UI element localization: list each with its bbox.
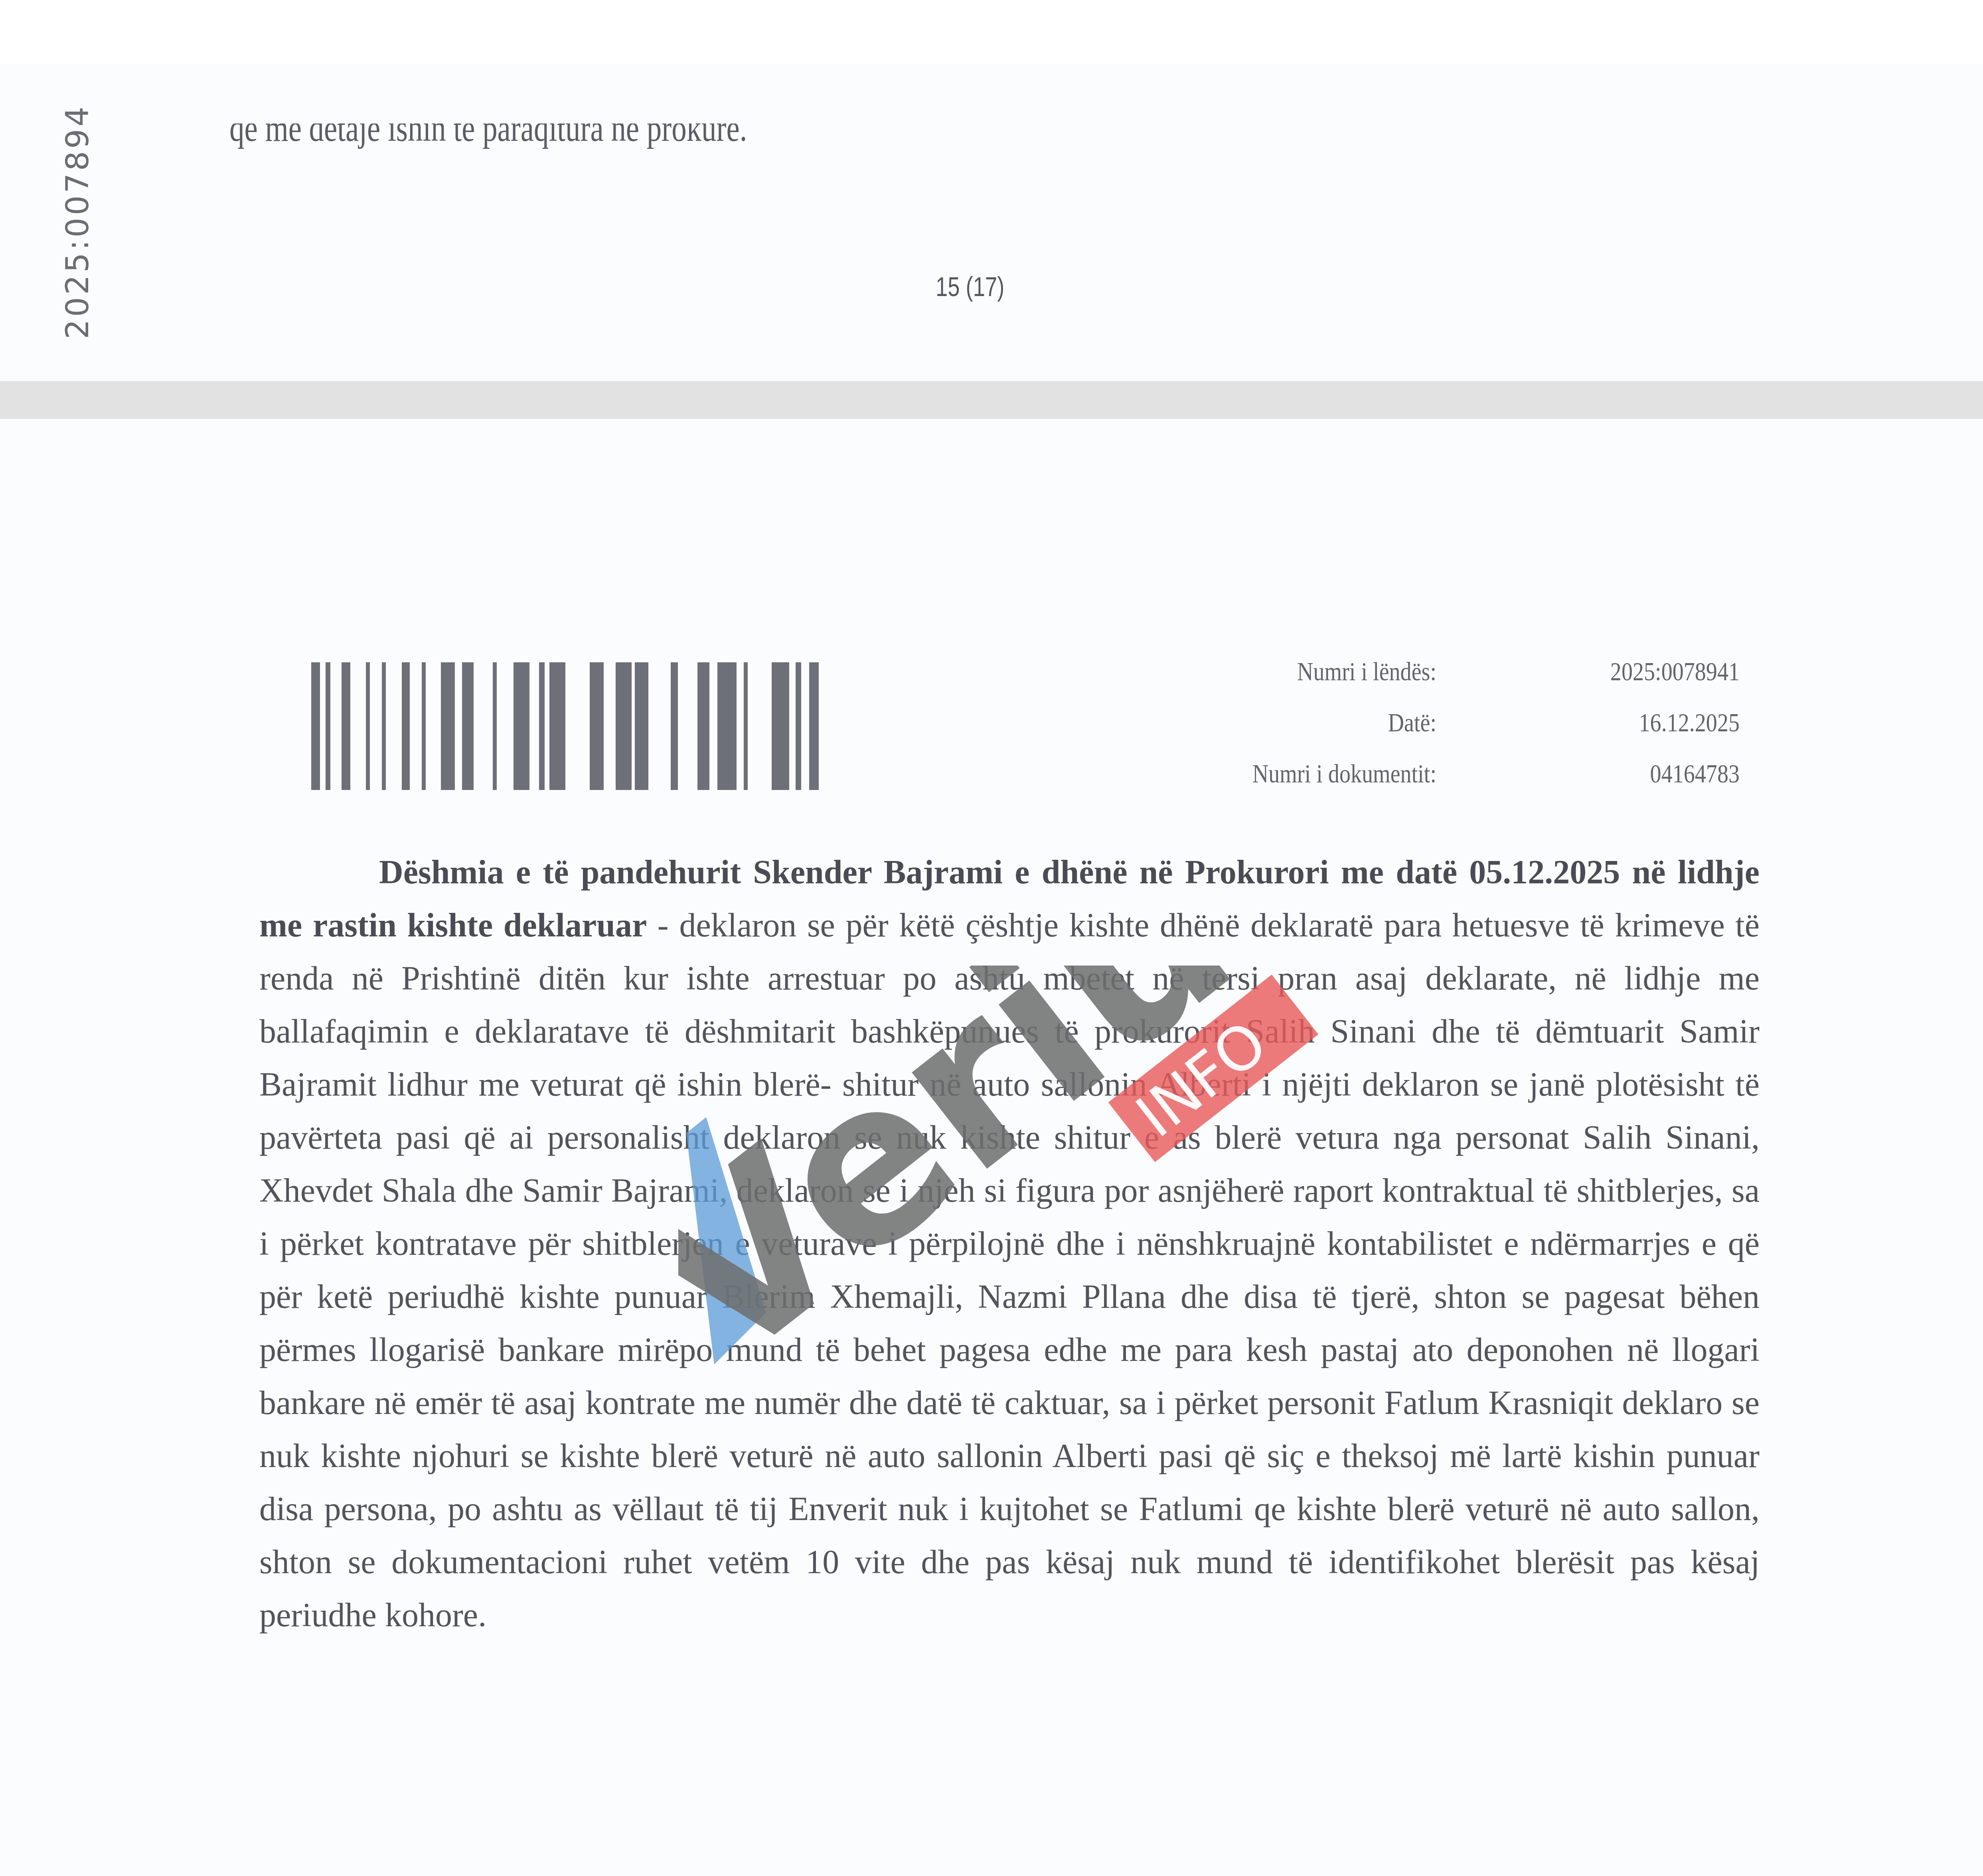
barcode-bar: [342, 662, 350, 790]
barcode-gap: [320, 662, 326, 790]
barcode-bar: [493, 662, 497, 790]
barcode-gap: [709, 662, 717, 790]
meta-value: 04164783: [1563, 759, 1740, 789]
document-meta: Numri i lëndës: 2025:0078941 Datë: 16.12…: [1157, 646, 1740, 800]
page-number: 15 (17): [936, 271, 1004, 302]
testimony-paragraph: Dëshmia e të pandehurit Skender Bajrami …: [259, 846, 1760, 1642]
barcode-bar: [671, 662, 678, 790]
barcode-bar: [744, 662, 748, 790]
barcode-bar: [462, 662, 474, 790]
barcode-gap: [497, 662, 514, 790]
barcode-gap: [386, 662, 402, 790]
barcode-gap: [370, 662, 382, 790]
barcode-gap: [789, 662, 796, 790]
meta-case-number: Numri i lëndës: 2025:0078941: [1157, 646, 1740, 697]
barcode-gap: [545, 662, 549, 790]
barcode-gap: [801, 662, 809, 790]
barcode-gap: [632, 662, 635, 790]
barcode-gap: [350, 662, 366, 790]
barcode-gap: [529, 662, 539, 790]
barcode-gap: [737, 662, 744, 790]
viewer-top-margin: [0, 0, 1983, 64]
barcode-bar: [382, 662, 386, 790]
barcode-gap: [330, 662, 342, 790]
barcode-bar: [717, 662, 737, 790]
meta-label: Numri i dokumentit:: [1199, 759, 1436, 789]
meta-date: Datë: 16.12.2025: [1157, 697, 1740, 748]
barcode-bar: [697, 662, 709, 790]
barcode-bar: [796, 662, 801, 790]
barcode-gap: [678, 662, 698, 790]
barcode-bar: [590, 662, 604, 790]
barcode-gap: [410, 662, 422, 790]
barcode-gap: [748, 662, 772, 790]
barcode-bar: [549, 662, 565, 790]
previous-page-last-line: që me detaje ishin të paraqitura në prok…: [229, 106, 747, 150]
barcode-gap: [426, 662, 441, 790]
barcode-icon: [311, 662, 830, 790]
barcode-bar: [366, 662, 370, 790]
barcode-bar: [809, 662, 819, 790]
previous-page: që me detaje ishin të paraqitura në prok…: [0, 64, 1983, 381]
barcode-bar: [616, 662, 632, 790]
barcode-bar: [311, 662, 320, 790]
meta-value: 16.12.2025: [1563, 708, 1740, 738]
barcode-bar: [539, 662, 545, 790]
barcode-gap: [819, 662, 830, 790]
barcode-bar: [441, 662, 455, 790]
meta-document-number: Numri i dokumentit: 04164783: [1157, 748, 1740, 800]
barcode-bar: [772, 662, 790, 790]
barcode-bar: [514, 662, 529, 790]
barcode-gap: [455, 662, 462, 790]
testimony-text: - deklaron se për këtë çështje kishte dh…: [259, 907, 1760, 1634]
barcode-bar: [635, 662, 648, 790]
barcode-gap: [565, 662, 590, 790]
side-case-id: 2025:007894: [60, 104, 96, 339]
barcode-gap: [604, 662, 616, 790]
barcode-bar: [326, 662, 330, 790]
barcode-bar: [402, 662, 410, 790]
meta-label: Numri i lëndës:: [1199, 657, 1436, 687]
barcode-gap: [648, 662, 671, 790]
barcode-bar: [422, 662, 426, 790]
meta-label: Datë:: [1199, 708, 1436, 738]
meta-value: 2025:0078941: [1563, 657, 1740, 687]
barcode-gap: [474, 662, 493, 790]
page-divider: [0, 381, 1983, 419]
